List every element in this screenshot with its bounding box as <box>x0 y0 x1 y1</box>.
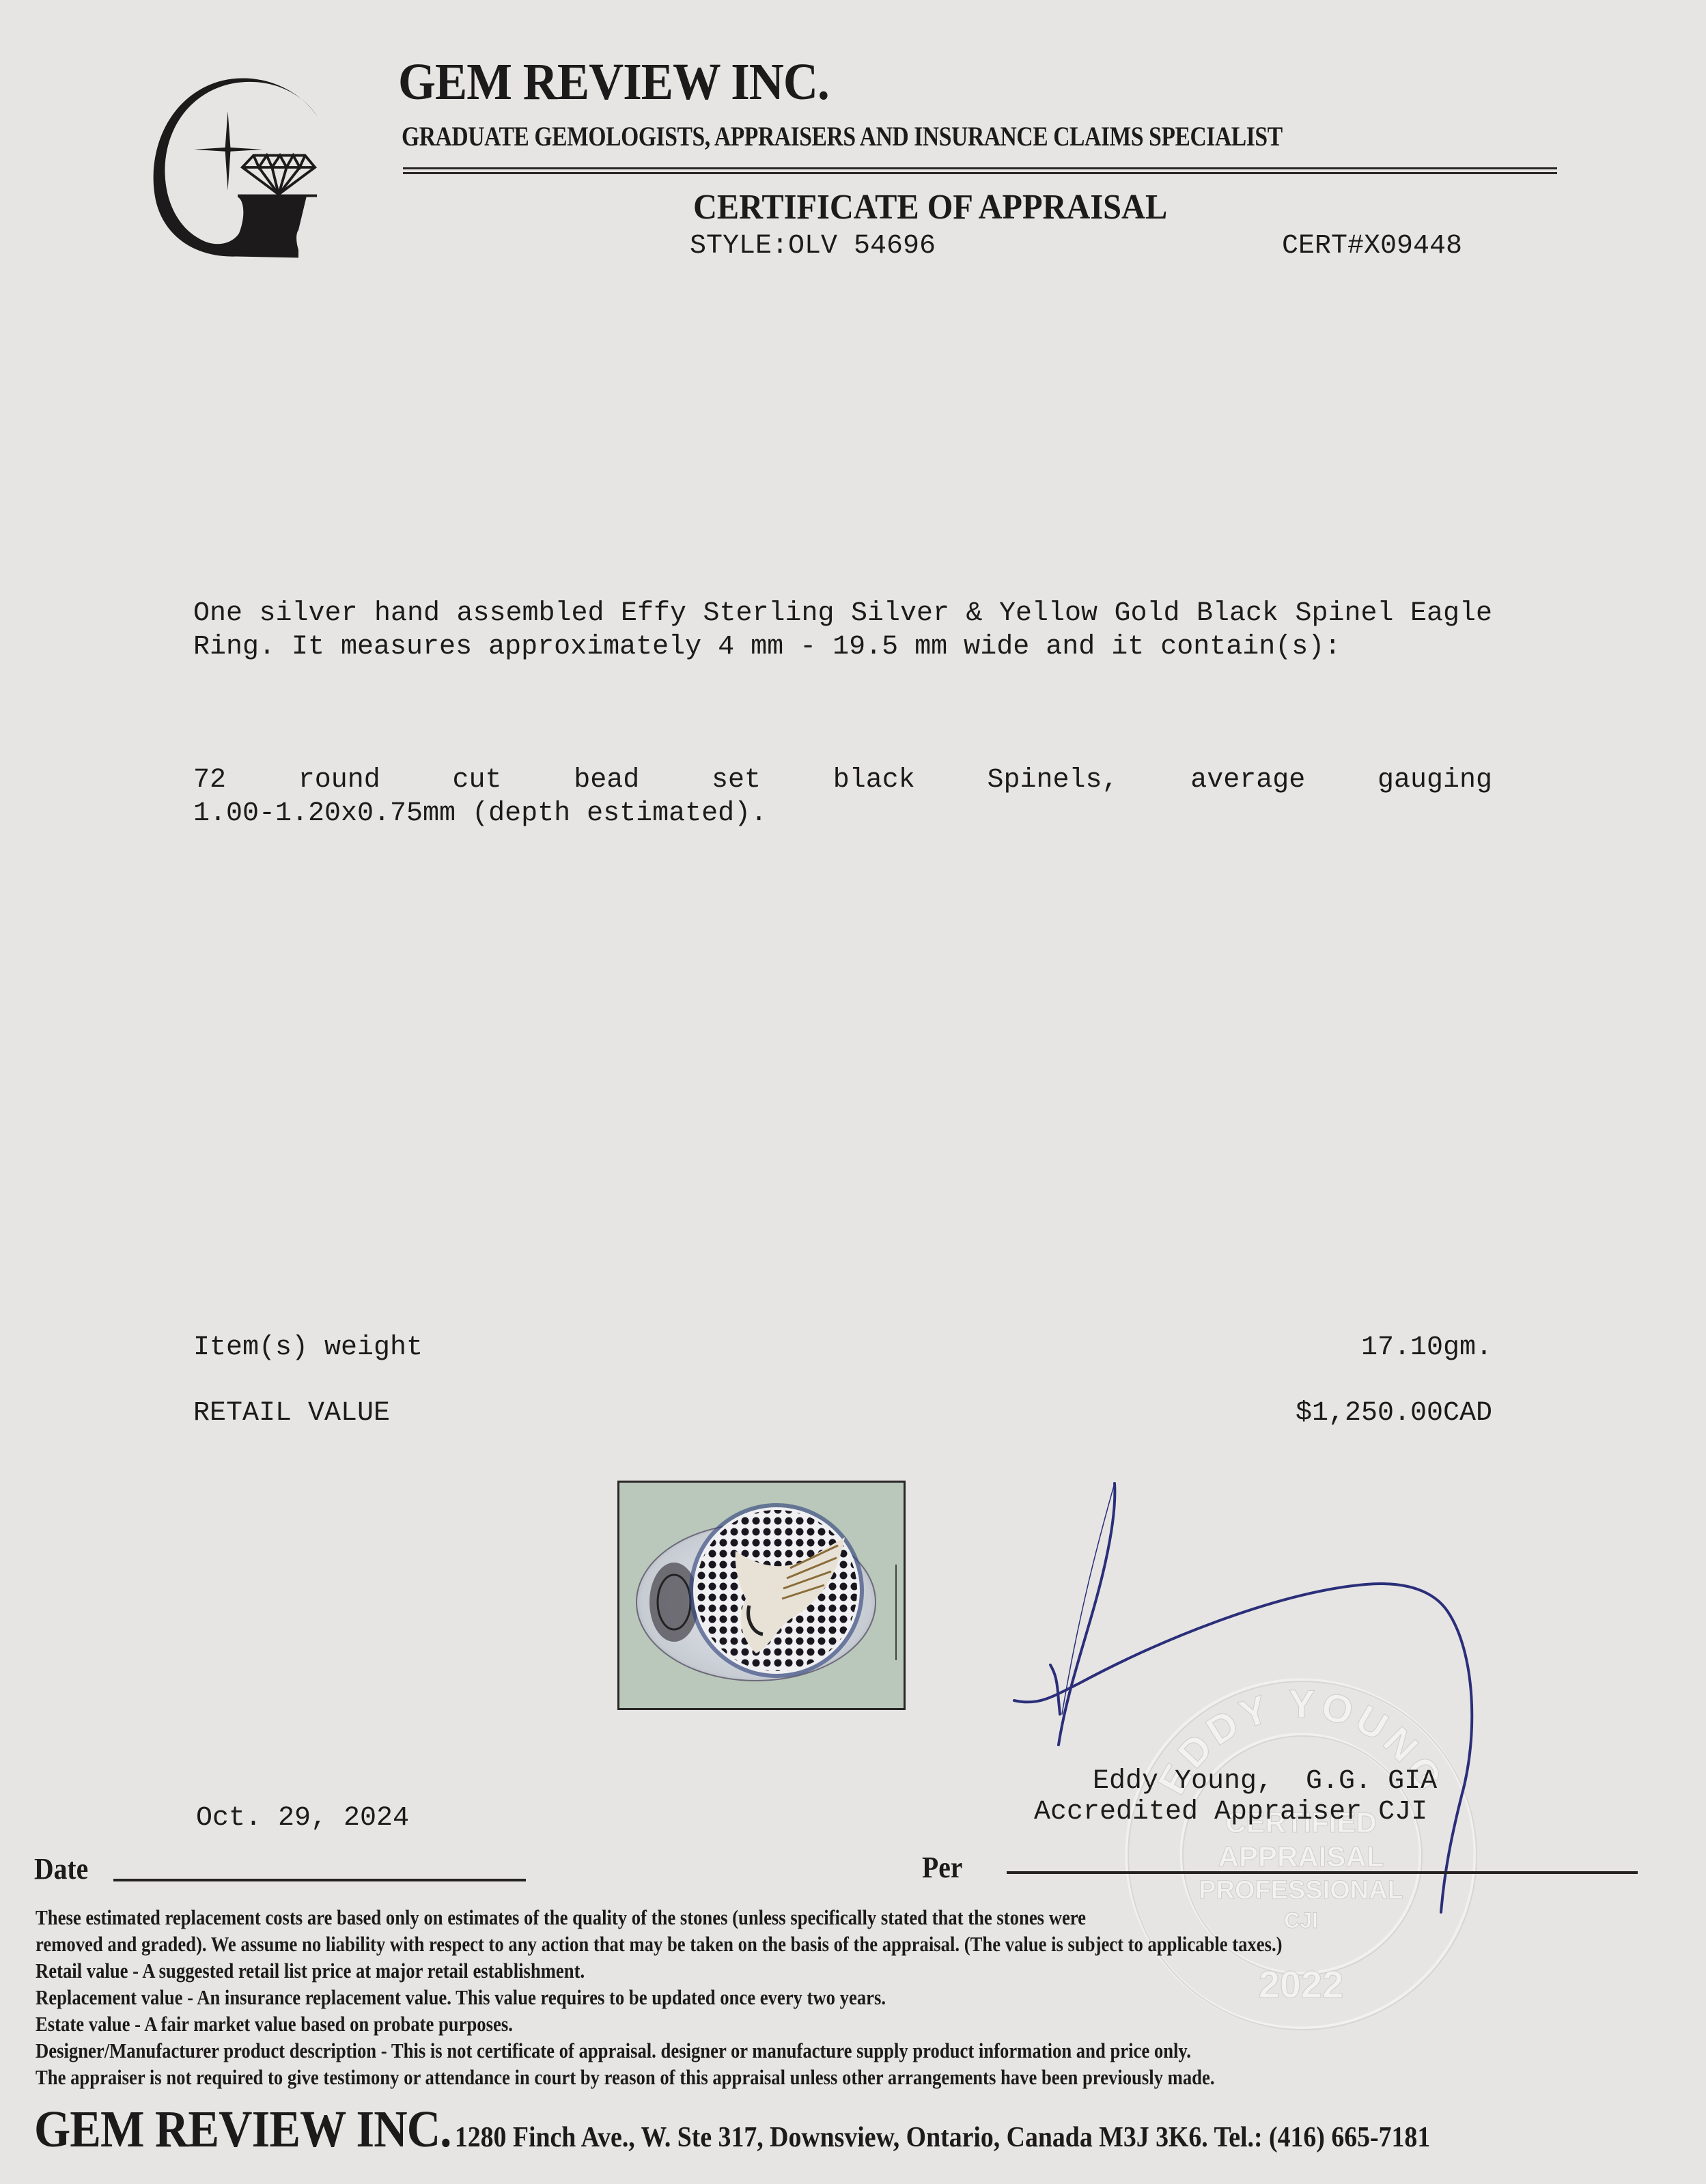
stones-line-2: 1.00-1.20x0.75mm (depth estimated). <box>193 798 767 829</box>
weight-label: Item(s) weight <box>193 1334 423 1362</box>
per-label: Per <box>922 1853 962 1883</box>
document-title: CERTIFICATE OF APPRAISAL <box>693 190 1167 225</box>
per-signature-line <box>1007 1871 1638 1874</box>
footer-company-name: GEM REVIEW INC. <box>34 2101 451 2158</box>
header-divider <box>403 167 1557 169</box>
item-description: One silver hand assembled Effy Sterling … <box>193 597 1492 664</box>
disclaimer-line: Replacement value - An insurance replace… <box>36 1984 1468 2011</box>
disclaimer-line: Designer/Manufacturer product descriptio… <box>36 2037 1468 2064</box>
retail-value-row: RETAIL VALUE $1,250.00CAD <box>193 1400 1492 1427</box>
disclaimer-line: These estimated replacement costs are ba… <box>36 1904 1468 1931</box>
stones-description: 72 round cut bead set black Spinels, ave… <box>193 764 1492 830</box>
weight-row: Item(s) weight 17.10gm. <box>193 1334 1492 1362</box>
appraisal-date: Oct. 29, 2024 <box>196 1805 409 1832</box>
disclaimer-line: Estate value - A fair market value based… <box>36 2011 1468 2037</box>
disclaimer-line: Retail value - A suggested retail list p… <box>36 1957 1468 1984</box>
appraiser-signature <box>997 1475 1537 1919</box>
g-diamond-logo-icon <box>140 65 338 270</box>
company-name: GEM REVIEW INC. <box>398 56 829 108</box>
eagle-ring-photo <box>617 1481 906 1710</box>
date-label: Date <box>34 1854 88 1884</box>
appraiser-name: Eddy Young, G.G. GIA <box>1093 1768 1437 1795</box>
retail-value-label: RETAIL VALUE <box>193 1400 390 1427</box>
cert-number: CERT#X09448 <box>1282 233 1462 260</box>
disclaimer: These estimated replacement costs are ba… <box>36 1904 1702 2090</box>
retail-value-amount: $1,250.00CAD <box>1296 1400 1492 1427</box>
disclaimer-line: removed and graded). We assume no liabil… <box>36 1931 1468 1957</box>
svg-text:PROFESSIONAL: PROFESSIONAL <box>1199 1876 1403 1905</box>
company-tagline: GRADUATE GEMOLOGISTS, APPRAISERS AND INS… <box>402 123 1283 150</box>
date-signature-line <box>113 1879 526 1881</box>
stones-line-1: 72 round cut bead set black Spinels, ave… <box>193 764 1492 797</box>
appraiser-title: Accredited Appraiser CJI <box>1034 1799 1427 1826</box>
footer: GEM REVIEW INC.1280 Finch Ave., W. Ste 3… <box>34 2103 1430 2155</box>
disclaimer-line: The appraiser is not required to give te… <box>36 2064 1468 2090</box>
footer-address: 1280 Finch Ave., W. Ste 317, Downsview, … <box>455 2122 1430 2153</box>
weight-value: 17.10gm. <box>1361 1334 1492 1362</box>
svg-text:APPRAISAL: APPRAISAL <box>1218 1840 1384 1873</box>
style-number: STYLE:OLV 54696 <box>690 233 936 260</box>
header-divider <box>403 172 1557 174</box>
